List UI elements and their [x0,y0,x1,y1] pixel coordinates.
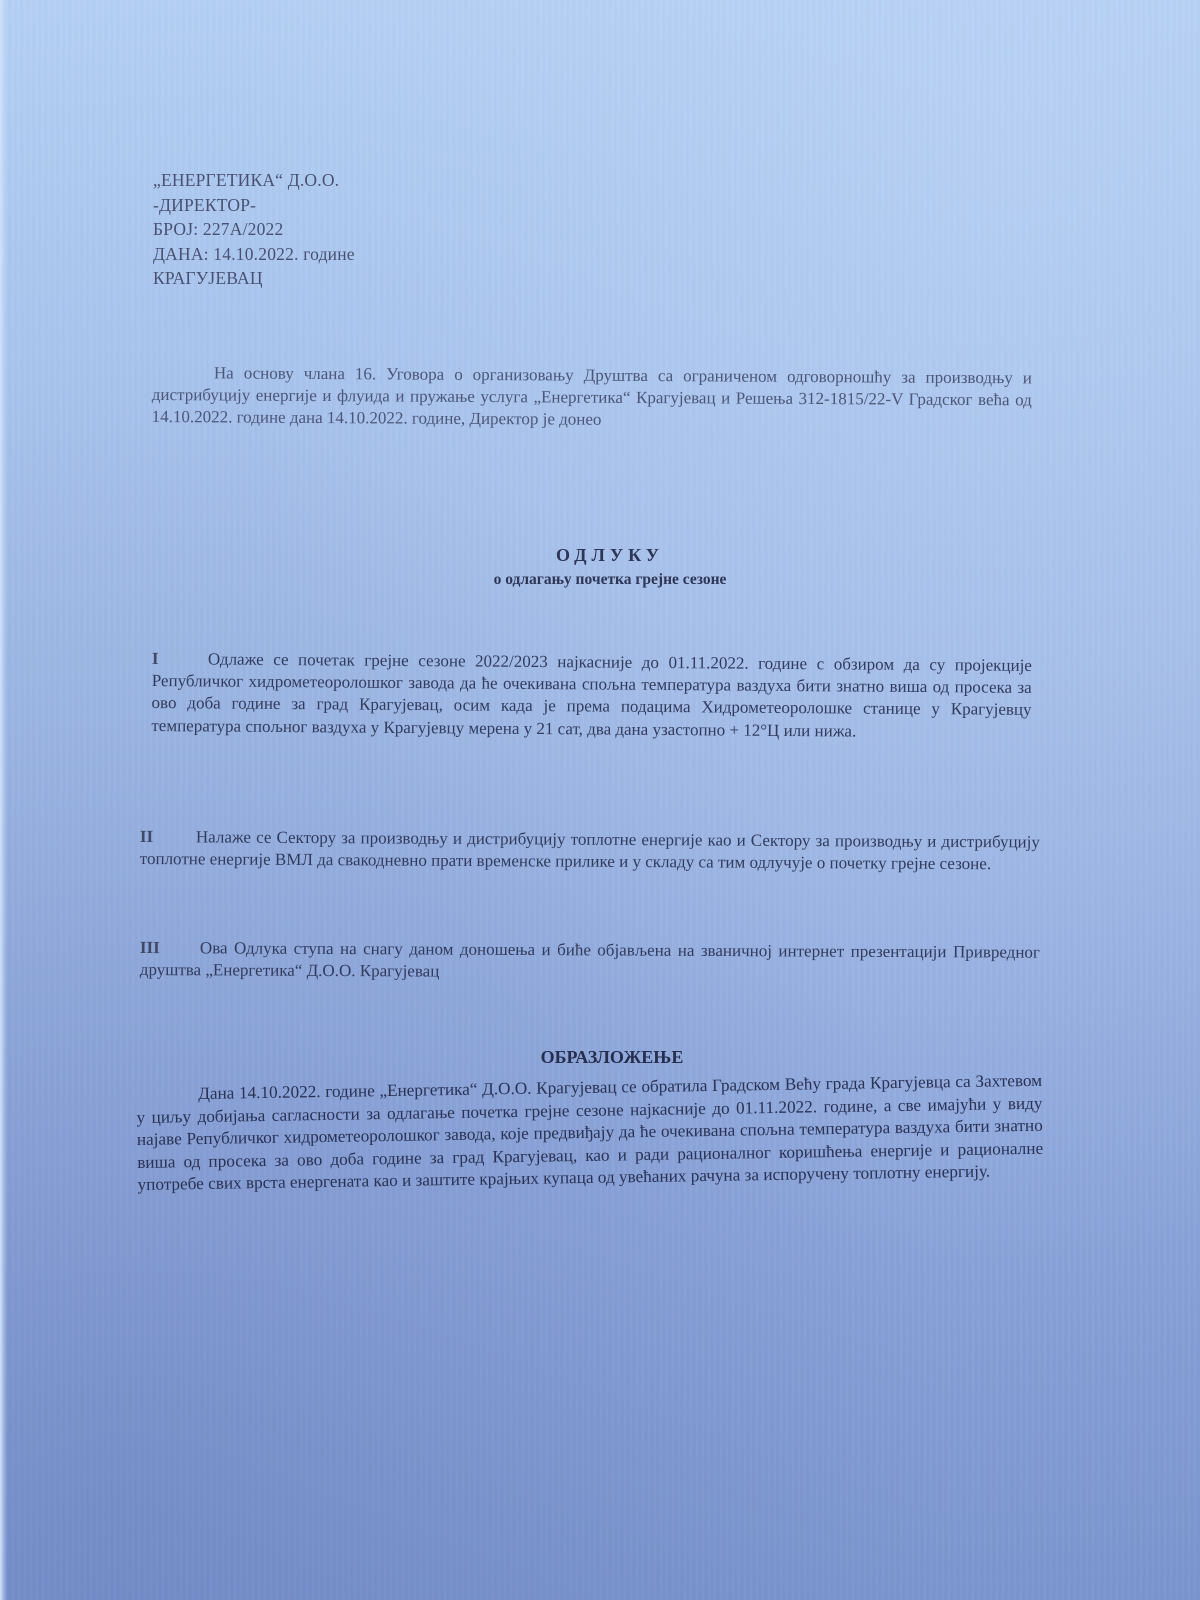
item-number: III [140,937,200,960]
document-header: „ЕНЕРГЕТИКА“ Д.О.О. -ДИРЕКТОР- БРОЈ: 227… [153,168,355,291]
decision-title: ОДЛУКУ о одлагању почетка грејне сезоне [0,545,1200,589]
document-page: „ЕНЕРГЕТИКА“ Д.О.О. -ДИРЕКТОР- БРОЈ: 227… [0,0,1200,1600]
item-number: I [152,648,208,671]
document-number: БРОЈ: 227А/2022 [153,217,355,242]
document-date: ДАНА: 14.10.2022. године [153,242,355,267]
decision-item-1: IОдлаже се почетак грејне сезоне 2022/20… [151,648,1032,744]
reasoning-heading: ОБРАЗЛОЖЕЊЕ [0,1047,1200,1068]
office-name: -ДИРЕКТОР- [153,193,355,218]
decision-item-2: IIНалаже се Сектору за производњу и дист… [140,826,1040,876]
intro-paragraph: На основу члана 16. Уговора о организова… [152,362,1032,433]
title-subtitle: о одлагању почетка грејне сезоне [20,571,1200,589]
decision-item-3: IIIОва Одлука ступа на снагу даном донош… [140,937,1040,986]
title-main: ОДЛУКУ [20,545,1200,566]
item-text: Ова Одлука ступа на снагу даном доношења… [140,938,1040,980]
item-text: Налаже се Сектору за производњу и дистри… [140,827,1040,873]
document-city: КРАГУЈЕВАЦ [153,266,355,291]
company-name: „ЕНЕРГЕТИКА“ Д.О.О. [153,168,355,193]
reasoning-paragraph: Дана 14.10.2022. године „Енергетика“ Д.О… [136,1070,1044,1197]
item-number: II [140,826,196,849]
item-text: Одлаже се почетак грејне сезоне 2022/202… [151,649,1032,740]
